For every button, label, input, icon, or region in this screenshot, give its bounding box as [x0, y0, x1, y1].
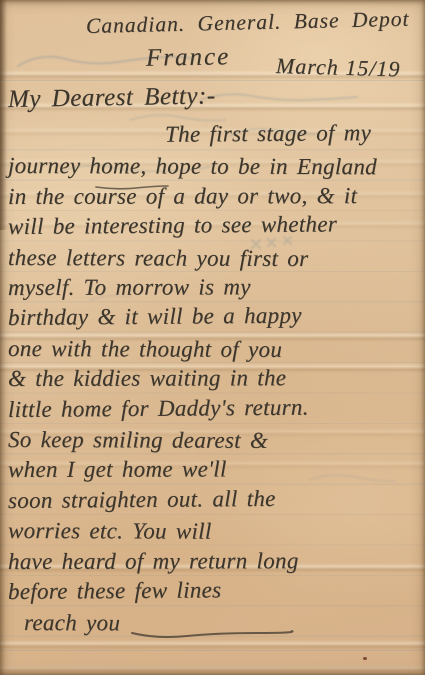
letter-line: The first stage of my: [8, 118, 425, 152]
letter-line: little home for Daddy's return.: [8, 391, 425, 425]
letter-line: when I get home we'll: [8, 454, 425, 485]
letter-header-place: France: [146, 43, 231, 72]
letter-content: Canadian. General. Base Depot France Mar…: [0, 0, 425, 675]
letter-line: have heard of my return long: [8, 546, 425, 577]
letter-salutation: My Dearest Betty:-: [8, 82, 216, 114]
letter-line: birthday & it will be a happy: [8, 300, 425, 334]
letter-line: reach you: [8, 608, 425, 640]
letter-line: So keep smiling dearest &: [8, 425, 425, 457]
letter-line: one with the thought of you: [8, 334, 425, 366]
letter-header-date: March 15/19: [276, 53, 401, 82]
letter-line: soon straighten out. all the: [8, 483, 425, 517]
letter-line: journey home, hope to be in England: [8, 151, 425, 183]
letter-line: before these few lines: [8, 574, 425, 608]
ink-speck: [363, 657, 367, 660]
letter-line: worries etc. You will: [8, 516, 425, 548]
letter-line: & the kiddies waiting in the: [8, 363, 425, 394]
letter-page: Canadian. General. Base Depot France Mar…: [0, 0, 425, 675]
letter-body: The first stage of my journey home, hope…: [8, 121, 425, 638]
letter-line: these letters reach you first or: [8, 243, 425, 275]
letter-line: will be interesting to see whether: [8, 209, 425, 243]
letter-line: myself. To morrow is my: [8, 272, 425, 303]
letter-line: in the course of a day or two, & it: [8, 181, 425, 212]
letter-header-unit: Canadian. General. Base Depot: [86, 7, 410, 39]
